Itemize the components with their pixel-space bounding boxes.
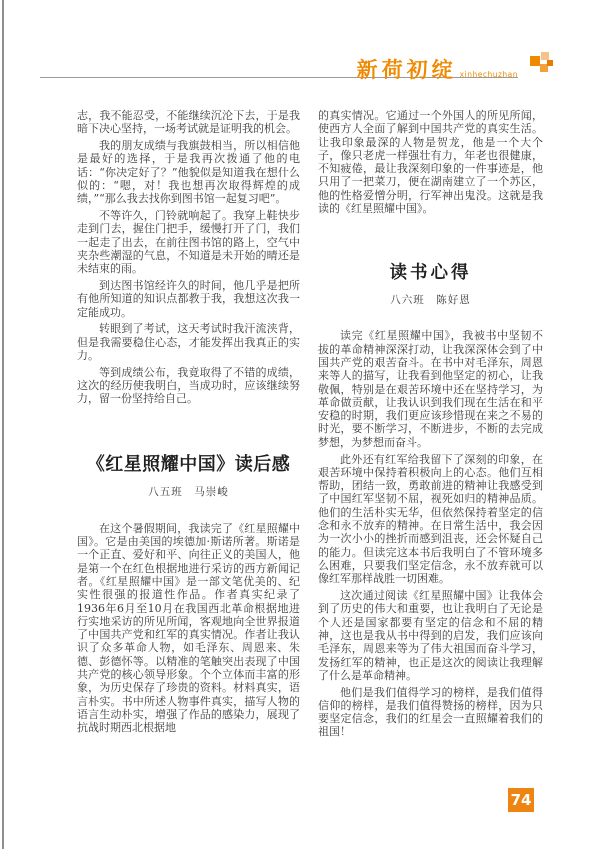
paragraph: 我的朋友成绩与我旗鼓相当，所以相信他是最好的选择，于是我再次拨通了他的电话：“你… [77,139,300,205]
page-number-badge: 74 [508,788,534,812]
logo-square-main [530,56,540,66]
article1-author: 八五班 马崇峻 [77,486,300,499]
brand-subtitle: xinhechuzhan [460,70,518,79]
article2-title: 读书心得 [318,264,543,282]
paragraph: 不等许久，门铃就响起了。我穿上鞋快步走到门去，握住门把手，缓慢打开了门，我们一起… [77,209,300,275]
article2-author: 八六班 陈好恩 [318,294,543,307]
article1-title: 《红星照耀中国》读后感 [77,454,300,476]
paragraph: 此外还有红军给我留下了深刻的印象，在艰苦环境中保持着积极向上的心态。他们互相帮助… [318,453,543,586]
paragraph: 在这个暑假期间，我读完了《红星照耀中国》。它是由美国的埃德加·斯诺所著。斯诺是一… [77,522,300,735]
logo-square-dark [547,60,553,66]
paragraph: 志，我不能忍受，不能继续沉沦下去，于是我暗下决心坚持，一场考试就是证明我的机会。 [77,109,300,136]
paragraph: 这次通过阅读《红星照耀中国》让我体会到了历史的伟大和重要，也让我明白了无论是个人… [318,589,543,682]
paragraph: 转眼到了考试，这天考试时我汗流浃背，但是我需要稳住心态，才能发挥出我真正的实力。 [77,322,300,362]
paragraph: 等到成绩公布，我竟取得了不错的成绩，这次的经历使我明白，当成功时，应该继续努力，… [77,366,300,406]
paragraph: 的真实情况。它通过一个外国人的所见所闻，使西方人全面了解到中国共产党的真实生活。… [318,109,543,215]
paragraph: 读完《红星照耀中国》，我被书中坚韧不拔的革命精神深深打动，让我深深体会到了中国共… [318,329,543,449]
paragraph: 到达图书馆经许久的时间，他几乎是把所有他所知道的知识点都教于我，我想这次我一定能… [77,279,300,319]
paragraph: 他们是我们值得学习的榜样，是我们值得信仰的榜样，是我们值得赞扬的榜样，因为只要坚… [318,686,543,739]
brand: 新荷初绽xinhechuzhan [250,54,518,84]
brand-title: 新荷初绽 [357,58,457,82]
logo-square-light [541,52,549,60]
left-edge-rule [2,0,4,849]
left-column: 志，我不能忍受，不能继续沉沦下去，于是我暗下决心坚持，一场考试就是证明我的机会。… [77,109,300,738]
right-column: 的真实情况。它通过一个外国人的所见所闻，使西方人全面了解到中国共产党的真实生活。… [318,109,543,742]
